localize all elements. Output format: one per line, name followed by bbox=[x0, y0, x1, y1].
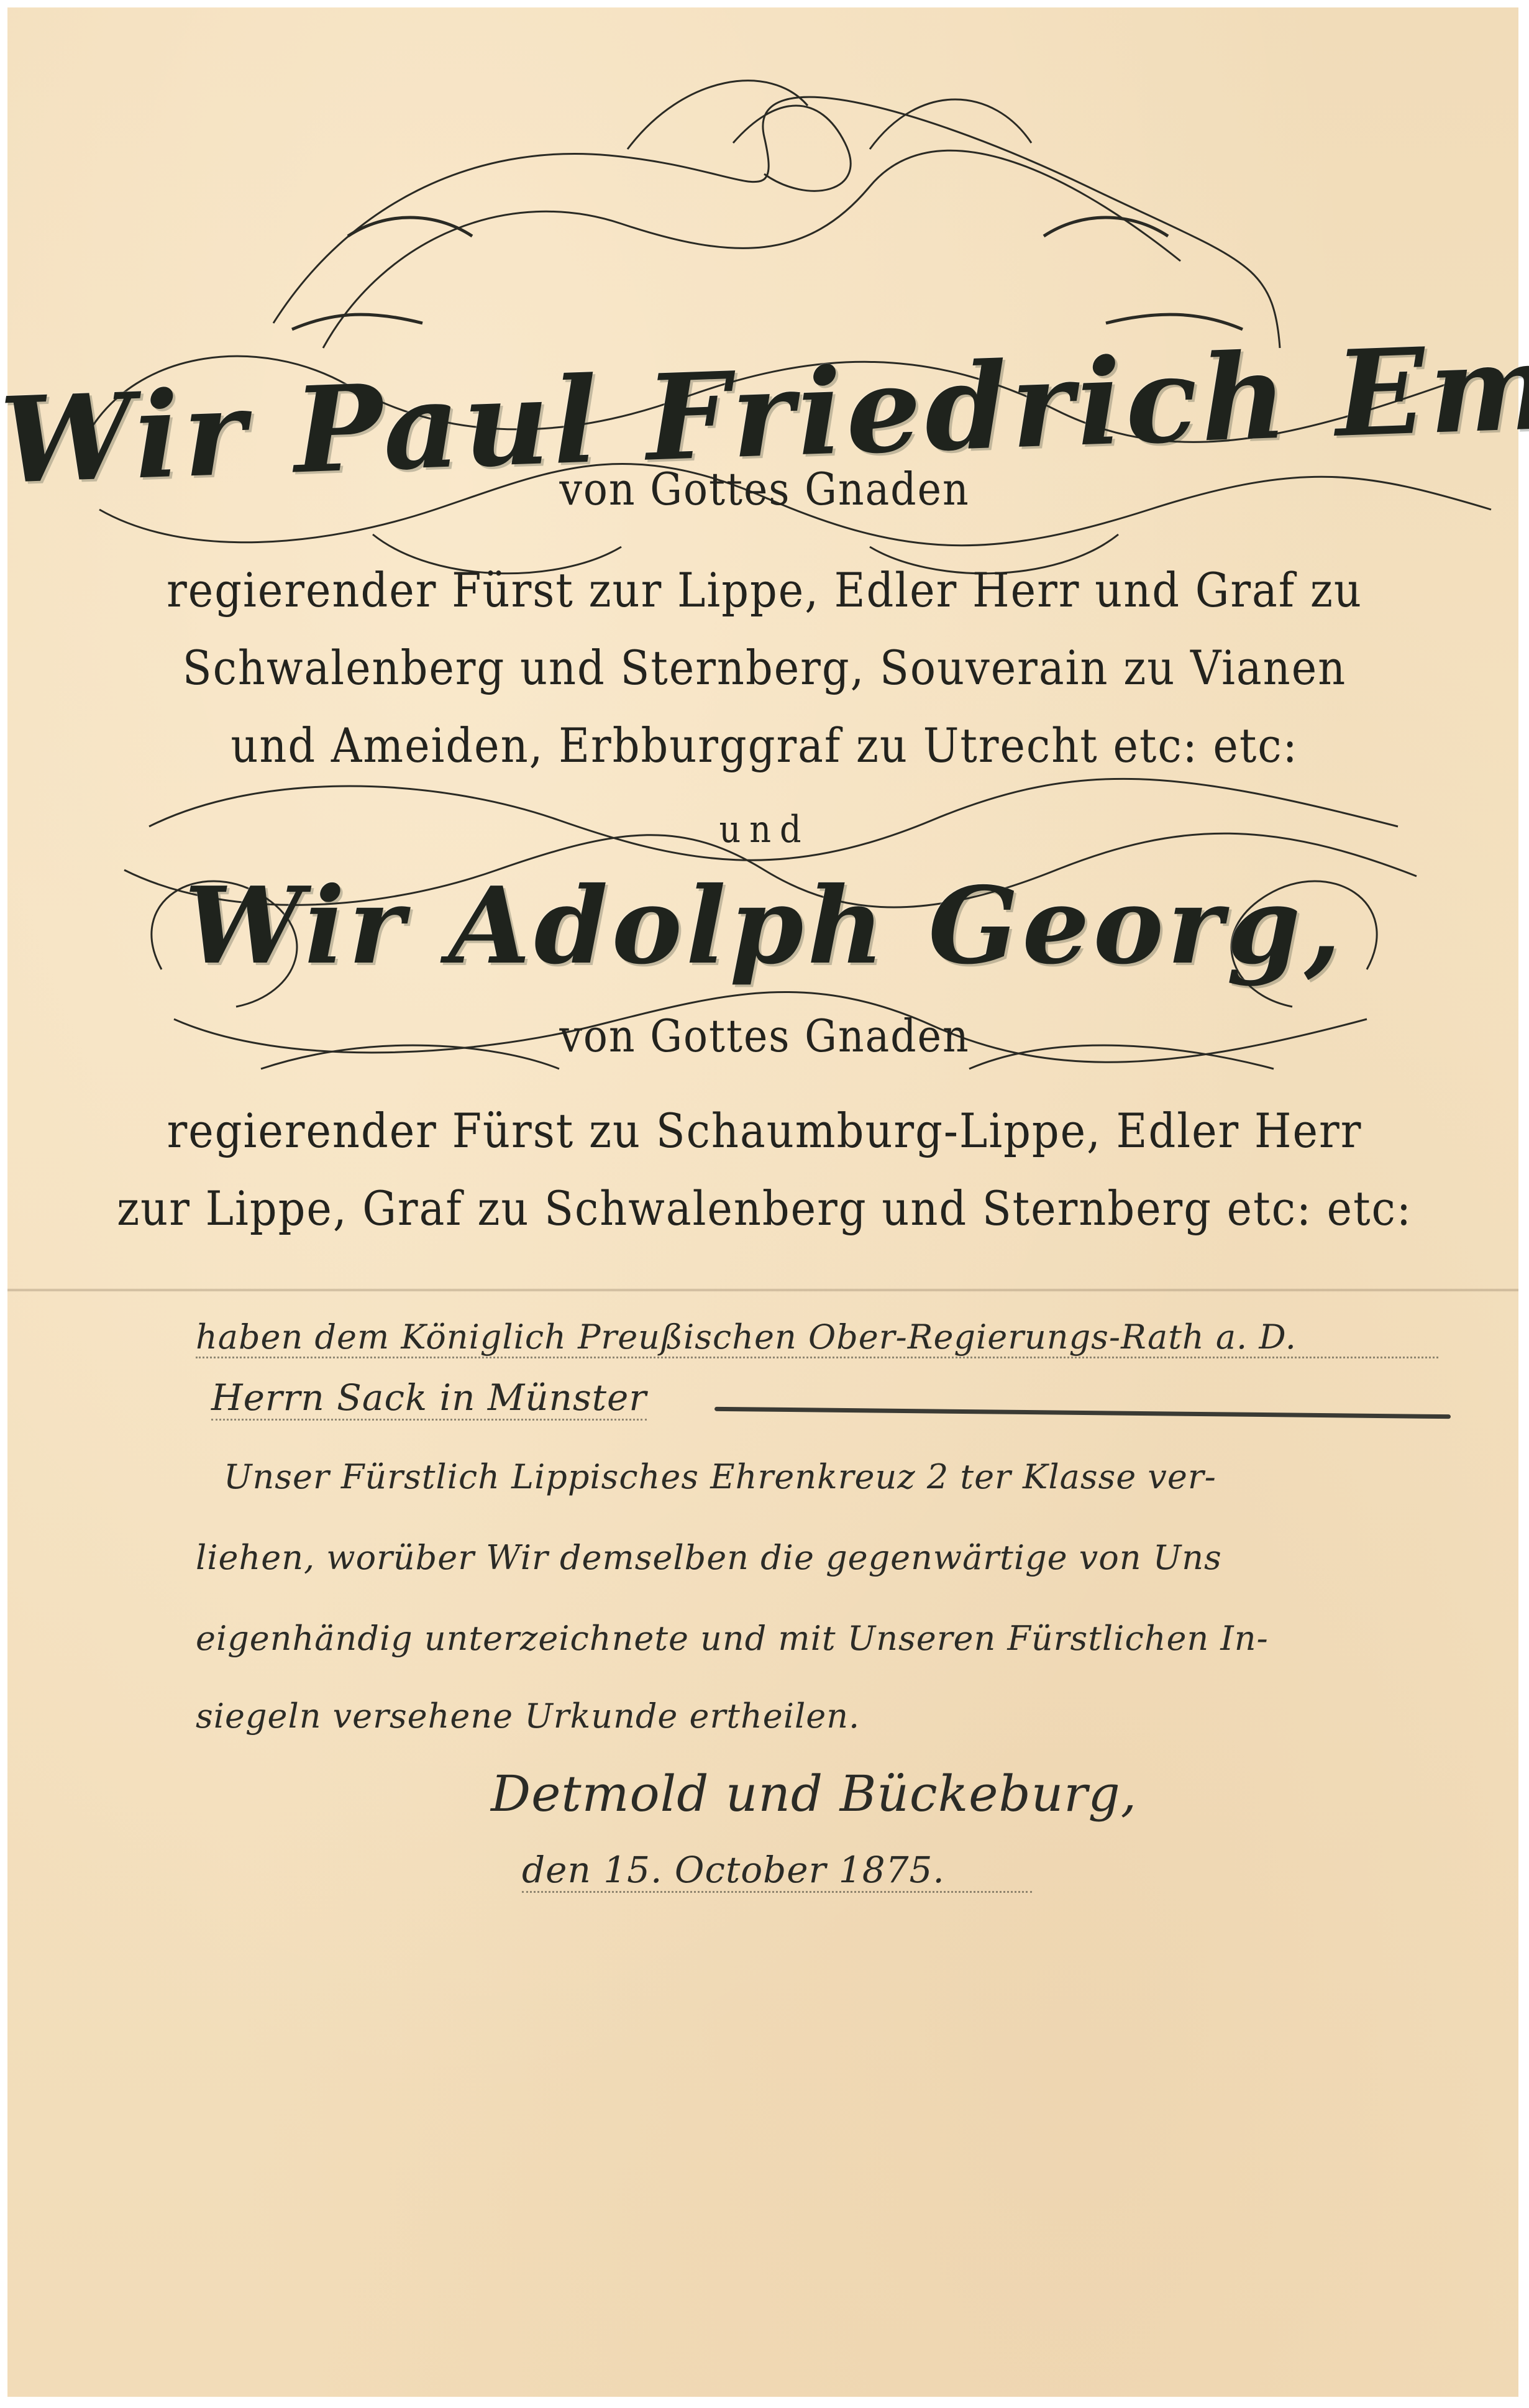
by-grace-of-god-2: von Gottes Gnaden bbox=[0, 1010, 1529, 1062]
place-line: Detmold und Bückeburg, bbox=[491, 1765, 1137, 1823]
recipient-line: Herrn Sack in Münster bbox=[211, 1376, 647, 1421]
handwritten-line: eigenhändig unterzeichnete und mit Unser… bbox=[196, 1619, 1269, 1658]
title-line: und Ameiden, Erbburggraf zu Utrecht etc:… bbox=[0, 718, 1529, 773]
handwritten-line: haben dem Königlich Preußischen Ober-Reg… bbox=[196, 1317, 1438, 1358]
conjunction-und: und bbox=[0, 808, 1529, 851]
handwritten-line: liehen, worüber Wir demselben die gegenw… bbox=[196, 1538, 1222, 1577]
sovereign-title-2: Wir Adolph Georg, bbox=[0, 864, 1529, 988]
handwritten-line: Unser Fürstlich Lippisches Ehrenkreuz 2 … bbox=[224, 1457, 1216, 1496]
by-grace-of-god-1: von Gottes Gnaden bbox=[0, 463, 1529, 515]
title-line: zur Lippe, Graf zu Schwalenberg und Ster… bbox=[0, 1181, 1529, 1236]
fold-crease bbox=[7, 1288, 1518, 1292]
title-line: regierender Fürst zur Lippe, Edler Herr … bbox=[0, 562, 1529, 618]
title-line: Schwalenberg und Sternberg, Souverain zu… bbox=[0, 640, 1529, 695]
date-line: den 15. October 1875. bbox=[522, 1849, 1032, 1893]
title-line: regierender Fürst zu Schaumburg-Lippe, E… bbox=[0, 1103, 1529, 1158]
handwritten-line: siegeln versehene Urkunde ertheilen. bbox=[196, 1696, 860, 1736]
